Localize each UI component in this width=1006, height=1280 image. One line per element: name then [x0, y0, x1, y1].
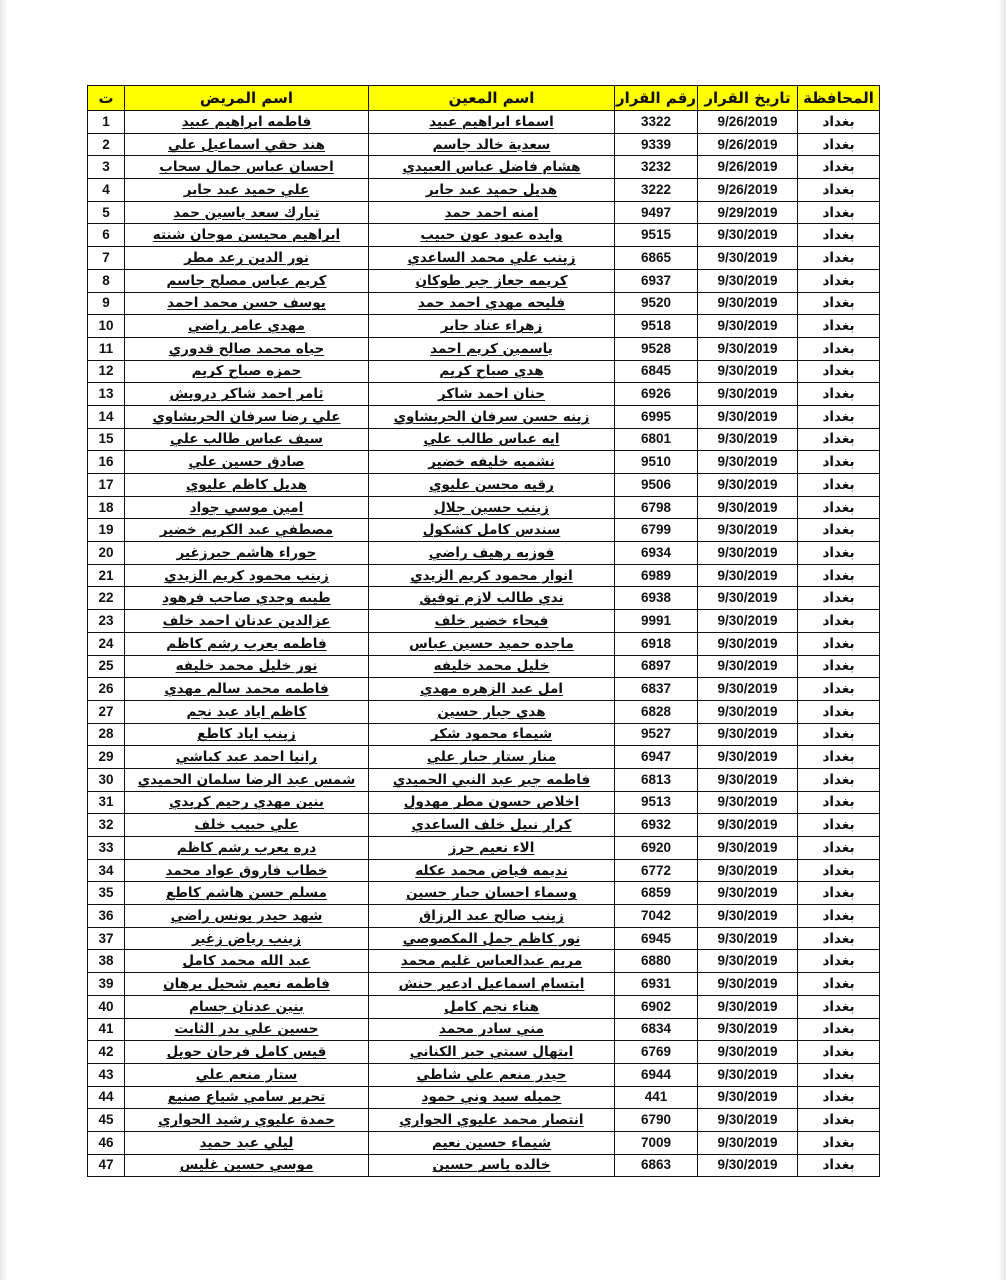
table-row: بغداد9/30/20199513اخلاص حسون مطر مهدولبن…: [88, 791, 880, 814]
province-cell: بغداد: [798, 133, 880, 156]
decision-number-cell: 9527: [615, 723, 698, 746]
table-row: بغداد9/30/20196834مني سادر محمدحسين علي …: [88, 1018, 880, 1041]
seq-cell: 22: [88, 587, 125, 610]
seq-cell: 37: [88, 927, 125, 950]
decision-date-cell: 9/30/2019: [698, 905, 798, 928]
table-row: بغداد9/30/20196813فاطمه جبر عبد النبي ال…: [88, 768, 880, 791]
province-cell: بغداد: [798, 950, 880, 973]
table-row: بغداد9/26/20193322اسماء ابراهيم عبيدفاطم…: [88, 111, 880, 134]
table-row: بغداد9/29/20199497امنه احمد حمدتبارك سعد…: [88, 201, 880, 224]
seq-cell: 43: [88, 1063, 125, 1086]
decision-number-cell: 9513: [615, 791, 698, 814]
decision-number-cell: 6931: [615, 973, 698, 996]
helper-name-cell: كريمه جعاز جبر طوكان: [369, 269, 615, 292]
table-row: بغداد9/30/20196931ابتسام اسماعيل ادعير ح…: [88, 973, 880, 996]
helper-name-cell: مريم عبدالعباس غليم محمد: [369, 950, 615, 973]
helper-name-cell: حنان احمد شاكر: [369, 383, 615, 406]
decision-date-cell: 9/26/2019: [698, 179, 798, 202]
decision-date-cell: 9/30/2019: [698, 610, 798, 633]
seq-cell: 46: [88, 1131, 125, 1154]
table-row: بغداد9/30/20196828هدي جبار حسينكاظم اياد…: [88, 700, 880, 723]
patient-name-cell: بنين مهدي رحيم كريدي: [125, 791, 369, 814]
helper-name-cell: رقيه محسن عليوي: [369, 474, 615, 497]
decision-number-cell: 6880: [615, 950, 698, 973]
decision-date-cell: 9/30/2019: [698, 269, 798, 292]
seq-cell: 45: [88, 1109, 125, 1132]
decision-date-cell: 9/30/2019: [698, 859, 798, 882]
table-row: بغداد9/30/20196947منار ستار جبار عليراني…: [88, 746, 880, 769]
province-cell: بغداد: [798, 337, 880, 360]
table-row: بغداد9/30/20199528ياسمين كريم احمدحياه م…: [88, 337, 880, 360]
seq-cell: 11: [88, 337, 125, 360]
table-row: بغداد9/30/20196995زينه حسن سرفان الحريشا…: [88, 405, 880, 428]
helper-name-cell: هشام فاضل عباس العبيدي: [369, 156, 615, 179]
patient-name-cell: عزالدين عدنان احمد خلف: [125, 610, 369, 633]
table-row: بغداد9/26/20193222هديل حميد عبد جابرعلي …: [88, 179, 880, 202]
province-cell: بغداد: [798, 791, 880, 814]
patient-name-cell: بنين عدنان جسام: [125, 995, 369, 1018]
patient-name-cell: كاظم اياد عبد نجم: [125, 700, 369, 723]
decision-number-cell: 6859: [615, 882, 698, 905]
table-row: بغداد9/30/20199506رقيه محسن عليويهديل كا…: [88, 474, 880, 497]
decision-date-cell: 9/30/2019: [698, 247, 798, 270]
table-row: بغداد9/30/20199515وايده عبود عون حبيبابر…: [88, 224, 880, 247]
decision-date-cell: 9/30/2019: [698, 496, 798, 519]
decision-number-cell: 6897: [615, 655, 698, 678]
seq-cell: 31: [88, 791, 125, 814]
decision-number-cell: 7009: [615, 1131, 698, 1154]
decision-date-cell: 9/30/2019: [698, 791, 798, 814]
seq-cell: 28: [88, 723, 125, 746]
table-row: بغداد9/30/20196920الاء نعيم حرزدره يعرب …: [88, 837, 880, 860]
seq-cell: 10: [88, 315, 125, 338]
province-cell: بغداد: [798, 496, 880, 519]
province-cell: بغداد: [798, 1109, 880, 1132]
helper-name-cell: سعدية خالد جاسم: [369, 133, 615, 156]
decision-number-cell: 6801: [615, 428, 698, 451]
header-helper-name: اسم المعين: [369, 86, 615, 111]
header-decision-date: تاريخ القرار: [698, 86, 798, 111]
table-body: بغداد9/26/20193322اسماء ابراهيم عبيدفاطم…: [88, 111, 880, 1177]
patient-name-cell: خطاب فاروق عواد محمد: [125, 859, 369, 882]
decision-date-cell: 9/30/2019: [698, 337, 798, 360]
table-row: بغداد9/30/20196801ايه عباس طالب عليسيف ع…: [88, 428, 880, 451]
seq-cell: 1: [88, 111, 125, 134]
seq-cell: 30: [88, 768, 125, 791]
patient-name-cell: تبارك سعد ياسين حمد: [125, 201, 369, 224]
seq-cell: 8: [88, 269, 125, 292]
province-cell: بغداد: [798, 1131, 880, 1154]
province-cell: بغداد: [798, 1154, 880, 1177]
table-row: بغداد9/30/20196926حنان احمد شاكرثامر احم…: [88, 383, 880, 406]
seq-cell: 13: [88, 383, 125, 406]
decision-date-cell: 9/30/2019: [698, 519, 798, 542]
seq-cell: 6: [88, 224, 125, 247]
seq-cell: 32: [88, 814, 125, 837]
table-row: بغداد9/30/20196772نديمه فياض محمد عكلهخط…: [88, 859, 880, 882]
patient-name-cell: موسي حسين غليس: [125, 1154, 369, 1177]
province-cell: بغداد: [798, 837, 880, 860]
decision-date-cell: 9/30/2019: [698, 632, 798, 655]
patient-name-cell: سيف عباس طالب علي: [125, 428, 369, 451]
table-row: بغداد9/30/20196937كريمه جعاز جبر طوكانكر…: [88, 269, 880, 292]
table-row: بغداد9/26/20193232هشام فاضل عباس العبيدي…: [88, 156, 880, 179]
seq-cell: 24: [88, 632, 125, 655]
province-cell: بغداد: [798, 723, 880, 746]
table-row: بغداد9/30/20196902هناء نجم كاملبنين عدنا…: [88, 995, 880, 1018]
table-row: بغداد9/30/20196944حيدر منعم علي شاطيستار…: [88, 1063, 880, 1086]
helper-name-cell: شيماء محمود شكر: [369, 723, 615, 746]
decision-number-cell: 6920: [615, 837, 698, 860]
patient-name-cell: هند حقي اسماعيل علي: [125, 133, 369, 156]
seq-cell: 7: [88, 247, 125, 270]
helper-name-cell: ايه عباس طالب علي: [369, 428, 615, 451]
seq-cell: 9: [88, 292, 125, 315]
province-cell: بغداد: [798, 179, 880, 202]
decision-date-cell: 9/30/2019: [698, 1041, 798, 1064]
table-row: بغداد9/30/20197042زينب صالح عبد الرزاقشه…: [88, 905, 880, 928]
decision-number-cell: 9515: [615, 224, 698, 247]
decision-number-cell: 6937: [615, 269, 698, 292]
decision-number-cell: 9497: [615, 201, 698, 224]
patient-name-cell: شمس عبد الرضا سلمان الحميدي: [125, 768, 369, 791]
decision-number-cell: 6918: [615, 632, 698, 655]
province-cell: بغداد: [798, 383, 880, 406]
patient-name-cell: احسان عباس جمال سحاب: [125, 156, 369, 179]
decision-date-cell: 9/30/2019: [698, 383, 798, 406]
province-cell: بغداد: [798, 360, 880, 383]
decision-number-cell: 9528: [615, 337, 698, 360]
province-cell: بغداد: [798, 1018, 880, 1041]
decision-number-cell: 6863: [615, 1154, 698, 1177]
table-row: بغداد9/30/20196989انوار محمود كريم الزيد…: [88, 564, 880, 587]
decision-date-cell: 9/30/2019: [698, 837, 798, 860]
helper-name-cell: هديل حميد عبد جابر: [369, 179, 615, 202]
province-cell: بغداد: [798, 610, 880, 633]
helper-name-cell: ابتهال سبتي جبر الكناني: [369, 1041, 615, 1064]
table-row: بغداد9/30/20196932كرار نبيل خلف الساعديع…: [88, 814, 880, 837]
patient-name-cell: يوسف حسن محمد احمد: [125, 292, 369, 315]
table-row: بغداد9/30/20196897خليل محمد خليفهنور خلي…: [88, 655, 880, 678]
seq-cell: 2: [88, 133, 125, 156]
table-row: بغداد9/30/20196798زينب حسين جلالامين موس…: [88, 496, 880, 519]
decision-date-cell: 9/30/2019: [698, 474, 798, 497]
province-cell: بغداد: [798, 700, 880, 723]
decision-number-cell: 3322: [615, 111, 698, 134]
province-cell: بغداد: [798, 882, 880, 905]
helper-name-cell: زهراء عناد جابر: [369, 315, 615, 338]
decision-date-cell: 9/26/2019: [698, 156, 798, 179]
decision-date-cell: 9/30/2019: [698, 451, 798, 474]
patient-name-cell: علي حبيب خلف: [125, 814, 369, 837]
province-cell: بغداد: [798, 859, 880, 882]
seq-cell: 15: [88, 428, 125, 451]
helper-name-cell: زينب علي محمد الساعدي: [369, 247, 615, 270]
seq-cell: 25: [88, 655, 125, 678]
header-province: المحافظة: [798, 86, 880, 111]
decision-date-cell: 9/30/2019: [698, 723, 798, 746]
patient-name-cell: حمزه صباح كريم: [125, 360, 369, 383]
helper-name-cell: فوزيه رهيف راضي: [369, 542, 615, 565]
seq-cell: 47: [88, 1154, 125, 1177]
patient-name-cell: علي رضا سرفان الحريشاوي: [125, 405, 369, 428]
decision-number-cell: 6995: [615, 405, 698, 428]
decision-number-cell: 6865: [615, 247, 698, 270]
decision-number-cell: 6834: [615, 1018, 698, 1041]
helper-name-cell: الاء نعيم حرز: [369, 837, 615, 860]
seq-cell: 21: [88, 564, 125, 587]
province-cell: بغداد: [798, 1086, 880, 1109]
table-row: بغداد9/30/20196799سندس كامل كشكولمصطفي ع…: [88, 519, 880, 542]
patient-name-cell: نور الدين رعد مطر: [125, 247, 369, 270]
decision-number-cell: 6947: [615, 746, 698, 769]
decision-date-cell: 9/30/2019: [698, 428, 798, 451]
province-cell: بغداد: [798, 746, 880, 769]
table-row: بغداد9/30/20199518زهراء عناد جابرمهدي عا…: [88, 315, 880, 338]
decision-date-cell: 9/30/2019: [698, 1154, 798, 1177]
seq-cell: 42: [88, 1041, 125, 1064]
seq-cell: 29: [88, 746, 125, 769]
helper-name-cell: انوار محمود كريم الزيدي: [369, 564, 615, 587]
seq-cell: 35: [88, 882, 125, 905]
decision-date-cell: 9/30/2019: [698, 224, 798, 247]
helper-name-cell: جميله سيد وني حمود: [369, 1086, 615, 1109]
seq-cell: 3: [88, 156, 125, 179]
decision-date-cell: 9/30/2019: [698, 950, 798, 973]
helper-name-cell: ياسمين كريم احمد: [369, 337, 615, 360]
decision-number-cell: 9518: [615, 315, 698, 338]
header-patient-name: اسم المريض: [125, 86, 369, 111]
table-row: بغداد9/30/20196945نور كاظم جمل المكصوصيز…: [88, 927, 880, 950]
decision-date-cell: 9/30/2019: [698, 927, 798, 950]
seq-cell: 26: [88, 678, 125, 701]
decision-number-cell: 6837: [615, 678, 698, 701]
seq-cell: 12: [88, 360, 125, 383]
table-row: بغداد9/30/20196769ابتهال سبتي جبر الكنان…: [88, 1041, 880, 1064]
patient-name-cell: حوراء هاشم جبرزغير: [125, 542, 369, 565]
helper-name-cell: كرار نبيل خلف الساعدي: [369, 814, 615, 837]
decision-number-cell: 6938: [615, 587, 698, 610]
seq-cell: 5: [88, 201, 125, 224]
helper-name-cell: وسماء احسان جبار حسين: [369, 882, 615, 905]
table-row: بغداد9/30/20197009شيماء حسين نعيمليلي عب…: [88, 1131, 880, 1154]
province-cell: بغداد: [798, 269, 880, 292]
province-cell: بغداد: [798, 224, 880, 247]
province-cell: بغداد: [798, 247, 880, 270]
decision-number-cell: 9339: [615, 133, 698, 156]
header-decision-number: رقم القرار: [615, 86, 698, 111]
province-cell: بغداد: [798, 587, 880, 610]
province-cell: بغداد: [798, 655, 880, 678]
decision-number-cell: 9991: [615, 610, 698, 633]
helper-name-cell: فاطمه جبر عبد النبي الحميدي: [369, 768, 615, 791]
helper-name-cell: انتصار محمد عليوي الجواري: [369, 1109, 615, 1132]
decision-date-cell: 9/30/2019: [698, 292, 798, 315]
seq-cell: 36: [88, 905, 125, 928]
patient-name-cell: زينب محمود كريم الزيدي: [125, 564, 369, 587]
decision-number-cell: 7042: [615, 905, 698, 928]
decision-date-cell: 9/30/2019: [698, 1063, 798, 1086]
decision-date-cell: 9/30/2019: [698, 882, 798, 905]
seq-cell: 27: [88, 700, 125, 723]
helper-name-cell: هدي جبار حسين: [369, 700, 615, 723]
page-shadow-left: [0, 0, 8, 1280]
province-cell: بغداد: [798, 519, 880, 542]
province-cell: بغداد: [798, 973, 880, 996]
decision-number-cell: 6945: [615, 927, 698, 950]
helper-name-cell: سندس كامل كشكول: [369, 519, 615, 542]
province-cell: بغداد: [798, 156, 880, 179]
province-cell: بغداد: [798, 1041, 880, 1064]
province-cell: بغداد: [798, 905, 880, 928]
helper-name-cell: مني سادر محمد: [369, 1018, 615, 1041]
province-cell: بغداد: [798, 292, 880, 315]
table-row: بغداد9/30/20199520فليحه مهدي احمد حمديوس…: [88, 292, 880, 315]
decision-number-cell: 6769: [615, 1041, 698, 1064]
decision-number-cell: 6926: [615, 383, 698, 406]
decision-date-cell: 9/30/2019: [698, 995, 798, 1018]
patient-name-cell: مهدي عامر راضي: [125, 315, 369, 338]
patient-name-cell: مصطفي عبد الكريم خضير: [125, 519, 369, 542]
patient-name-cell: فاطمه نعيم شحيل برهان: [125, 973, 369, 996]
page-shadow-right: [998, 0, 1006, 1280]
decision-number-cell: 3232: [615, 156, 698, 179]
decision-date-cell: 9/30/2019: [698, 1131, 798, 1154]
patient-name-cell: فاطمه محمد سالم مهدي: [125, 678, 369, 701]
decision-date-cell: 9/30/2019: [698, 814, 798, 837]
table-row: بغداد9/30/20196938ندي طالب لازم توفيقطيب…: [88, 587, 880, 610]
seq-cell: 39: [88, 973, 125, 996]
patient-name-cell: كريم عباس مصلح جاسم: [125, 269, 369, 292]
patient-name-cell: عبد الله محمد كامل: [125, 950, 369, 973]
decision-date-cell: 9/30/2019: [698, 360, 798, 383]
seq-cell: 18: [88, 496, 125, 519]
patient-name-cell: حمدة عليوي رشيد الجواري: [125, 1109, 369, 1132]
helper-name-cell: ندي طالب لازم توفيق: [369, 587, 615, 610]
province-cell: بغداد: [798, 927, 880, 950]
helper-name-cell: زينه حسن سرفان الحريشاوي: [369, 405, 615, 428]
decision-number-cell: 6798: [615, 496, 698, 519]
decision-number-cell: 6813: [615, 768, 698, 791]
decision-date-cell: 9/30/2019: [698, 655, 798, 678]
patient-name-cell: زينب اياد كاطع: [125, 723, 369, 746]
seq-cell: 19: [88, 519, 125, 542]
table-row: بغداد9/30/20196918ماجده حميد حسين عباسفا…: [88, 632, 880, 655]
seq-cell: 44: [88, 1086, 125, 1109]
province-cell: بغداد: [798, 632, 880, 655]
decision-date-cell: 9/26/2019: [698, 133, 798, 156]
table-row: بغداد9/30/20196790انتصار محمد عليوي الجو…: [88, 1109, 880, 1132]
province-cell: بغداد: [798, 315, 880, 338]
decision-number-cell: 9510: [615, 451, 698, 474]
seq-cell: 40: [88, 995, 125, 1018]
decision-date-cell: 9/30/2019: [698, 700, 798, 723]
patient-name-cell: حسين علي بدر الثابت: [125, 1018, 369, 1041]
table-row: بغداد9/30/20196865زينب علي محمد الساعدين…: [88, 247, 880, 270]
helper-name-cell: زينب صالح عبد الرزاق: [369, 905, 615, 928]
patient-name-cell: فاطمه يعرب رشم كاظم: [125, 632, 369, 655]
helper-name-cell: منار ستار جبار علي: [369, 746, 615, 769]
helper-name-cell: نديمه فياض محمد عكله: [369, 859, 615, 882]
helper-name-cell: نشميه خليفه خضير: [369, 451, 615, 474]
patient-name-cell: زينب رياض زغير: [125, 927, 369, 950]
province-cell: بغداد: [798, 995, 880, 1018]
decision-date-cell: 9/30/2019: [698, 587, 798, 610]
decision-date-cell: 9/30/2019: [698, 315, 798, 338]
decision-number-cell: 6799: [615, 519, 698, 542]
decision-number-cell: 9520: [615, 292, 698, 315]
table-row: بغداد9/30/20199991فيحاء خضير خلفعزالدين …: [88, 610, 880, 633]
patient-name-cell: قيس كامل فرحان حويل: [125, 1041, 369, 1064]
helper-name-cell: وايده عبود عون حبيب: [369, 224, 615, 247]
patient-name-cell: صادق حسين علي: [125, 451, 369, 474]
patient-name-cell: شهد حيدر يونس راضي: [125, 905, 369, 928]
decision-number-cell: 6772: [615, 859, 698, 882]
table-row: بغداد9/30/20196837امل عبد الزهره مهديفاط…: [88, 678, 880, 701]
table-row: بغداد9/30/20199527شيماء محمود شكرزينب اي…: [88, 723, 880, 746]
patient-name-cell: دره يعرب رشم كاظم: [125, 837, 369, 860]
decision-number-cell: 6932: [615, 814, 698, 837]
province-cell: بغداد: [798, 201, 880, 224]
table-row: بغداد9/30/20196880مريم عبدالعباس غليم مح…: [88, 950, 880, 973]
seq-cell: 4: [88, 179, 125, 202]
decision-number-cell: 9506: [615, 474, 698, 497]
decision-date-cell: 9/30/2019: [698, 1109, 798, 1132]
beneficiaries-table: المحافظة تاريخ القرار رقم القرار اسم الم…: [87, 85, 880, 1177]
patient-name-cell: مسلم حسن هاشم كاطع: [125, 882, 369, 905]
decision-number-cell: 6828: [615, 700, 698, 723]
table-row: بغداد9/30/20196845هدي صباح كريمحمزه صباح…: [88, 360, 880, 383]
seq-cell: 23: [88, 610, 125, 633]
seq-cell: 41: [88, 1018, 125, 1041]
decision-date-cell: 9/26/2019: [698, 111, 798, 134]
decision-date-cell: 9/30/2019: [698, 973, 798, 996]
decision-number-cell: 6902: [615, 995, 698, 1018]
patient-name-cell: حياه محمد صالح قدوري: [125, 337, 369, 360]
province-cell: بغداد: [798, 564, 880, 587]
province-cell: بغداد: [798, 768, 880, 791]
province-cell: بغداد: [798, 428, 880, 451]
patient-name-cell: نور خليل محمد خليفه: [125, 655, 369, 678]
helper-name-cell: شيماء حسين نعيم: [369, 1131, 615, 1154]
decision-number-cell: 6989: [615, 564, 698, 587]
helper-name-cell: فيحاء خضير خلف: [369, 610, 615, 633]
header-row: المحافظة تاريخ القرار رقم القرار اسم الم…: [88, 86, 880, 111]
patient-name-cell: ليلي عبد حميد: [125, 1131, 369, 1154]
decision-date-cell: 9/30/2019: [698, 542, 798, 565]
decision-date-cell: 9/30/2019: [698, 678, 798, 701]
helper-name-cell: امل عبد الزهره مهدي: [369, 678, 615, 701]
patient-name-cell: رانيا احمد عبد كباشي: [125, 746, 369, 769]
decision-number-cell: 6944: [615, 1063, 698, 1086]
seq-cell: 17: [88, 474, 125, 497]
province-cell: بغداد: [798, 451, 880, 474]
table-row: بغداد9/30/20196859وسماء احسان جبار حسينم…: [88, 882, 880, 905]
helper-name-cell: نور كاظم جمل المكصوصي: [369, 927, 615, 950]
decision-number-cell: 6790: [615, 1109, 698, 1132]
helper-name-cell: اسماء ابراهيم عبيد: [369, 111, 615, 134]
table-row: بغداد9/30/2019441جميله سيد وني حمودتحرير…: [88, 1086, 880, 1109]
helper-name-cell: امنه احمد حمد: [369, 201, 615, 224]
decision-number-cell: 6845: [615, 360, 698, 383]
decision-date-cell: 9/30/2019: [698, 1086, 798, 1109]
seq-cell: 34: [88, 859, 125, 882]
decision-date-cell: 9/30/2019: [698, 746, 798, 769]
decision-number-cell: 6934: [615, 542, 698, 565]
province-cell: بغداد: [798, 542, 880, 565]
helper-name-cell: هناء نجم كامل: [369, 995, 615, 1018]
patient-name-cell: فاطمه ابراهيم عبيد: [125, 111, 369, 134]
